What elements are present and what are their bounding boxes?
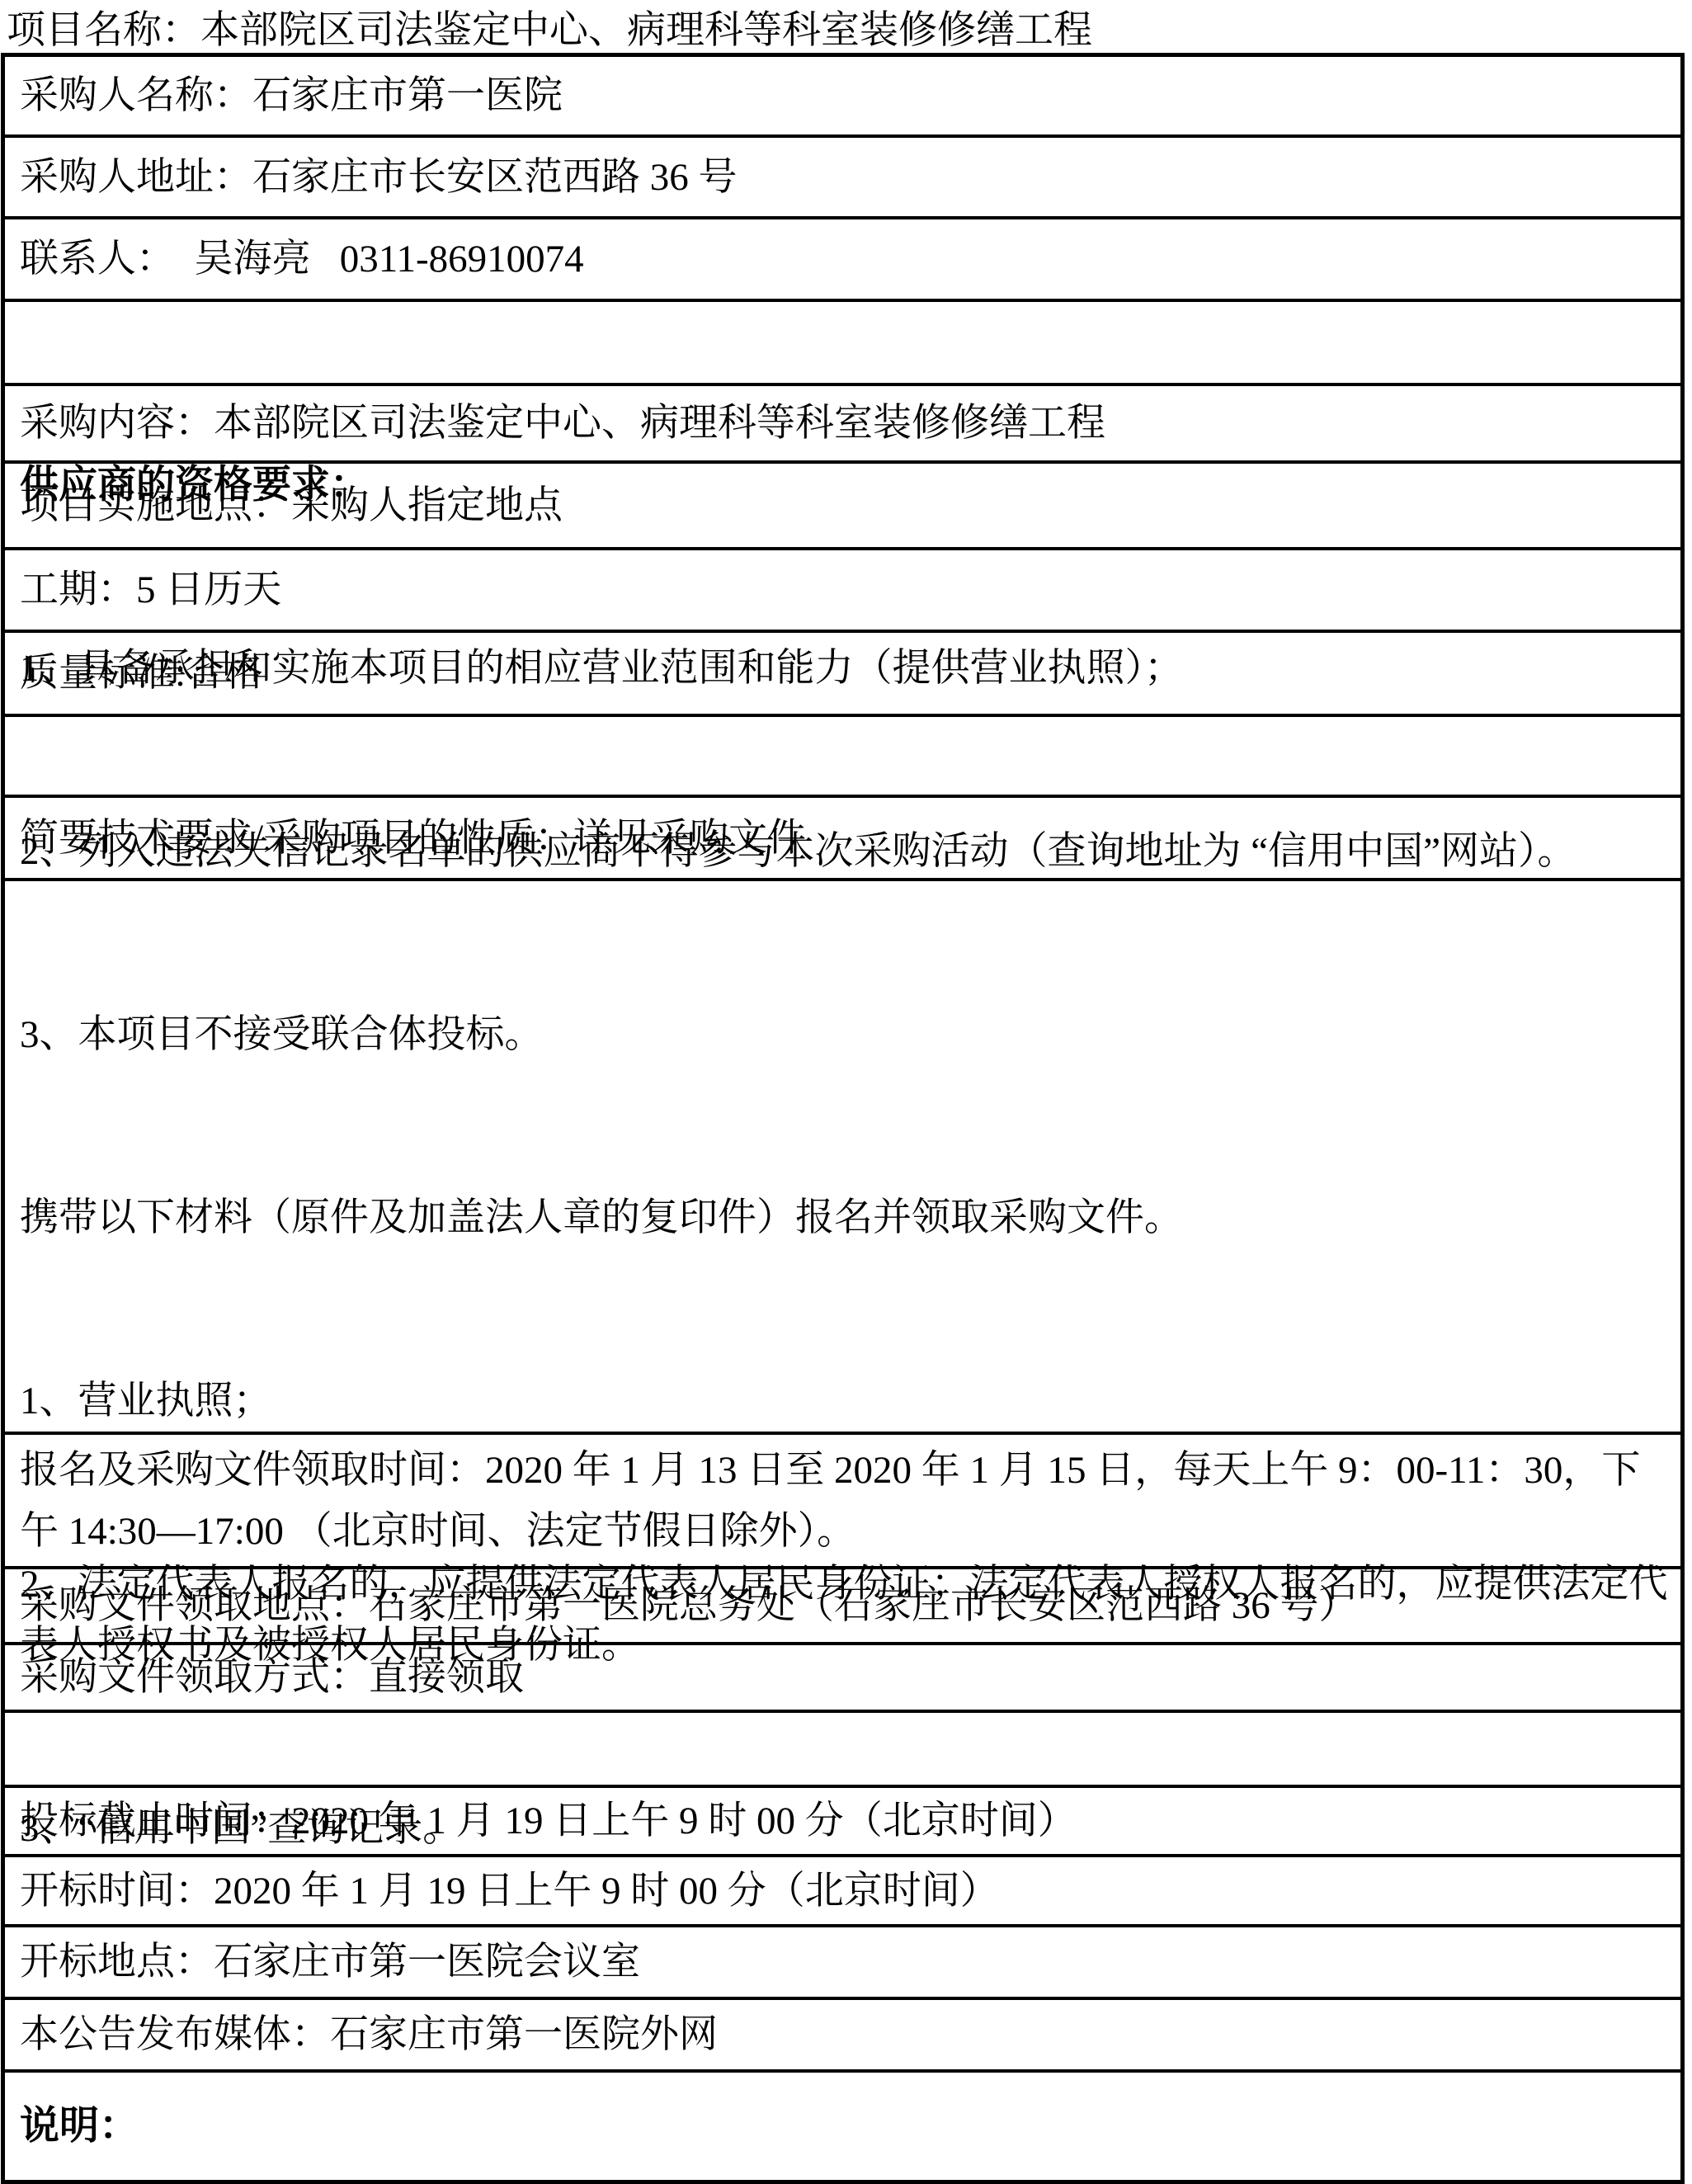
qualification-item: 携带以下材料（原件及加盖法人章的复印件）报名并领取采购文件。 [20,1187,1676,1248]
qualification-item: 1、具备承担和实施本项目的相应营业范围和能力（提供营业执照）； [20,638,1676,699]
procurement-notice-page: 项目名称：本部院区司法鉴定中心、病理科等科室装修修缮工程 采购人名称：石家庄市第… [0,0,1692,2184]
qualification-item: 1、营业执照； [20,1370,1676,1432]
row-announcement-media: 本公告发布媒体：石家庄市第一医院外网 [5,2000,1680,2073]
row-supplier-qualifications: 供应商的资格要求： 1、具备承担和实施本项目的相应营业范围和能力（提供营业执照）… [5,881,1680,1435]
qualification-item: 3、本项目不接受联合体投标。 [20,1004,1676,1065]
row-note-heading: 说明： [5,2073,1680,2180]
notice-table: 采购人名称：石家庄市第一医院 采购人地址：石家庄市长安区范西路 36 号 联系人… [1,53,1685,2184]
qualifications-content: 供应商的资格要求： 1、具备承担和实施本项目的相应营业范围和能力（提供营业执照）… [20,333,1676,1981]
row-contact-person: 联系人： 吴海亮 0311-86910074 [5,219,1680,302]
qualification-item: 2、列入违法失信记录名单的供应商不得参与本次采购活动（查询地址为 “信用中国”网… [20,821,1676,882]
qualifications-heading: 供应商的资格要求： [20,455,1676,516]
row-registration-time: 报名及采购文件领取时间：2020 年 1 月 13 日至 2020 年 1 月 … [5,1435,1680,1569]
row-purchaser-name: 采购人名称：石家庄市第一医院 [5,57,1680,138]
row-purchaser-address: 采购人地址：石家庄市长安区范西路 36 号 [5,138,1680,219]
project-name-title: 项目名称：本部院区司法鉴定中心、病理科等科室装修修缮工程 [0,0,1692,53]
